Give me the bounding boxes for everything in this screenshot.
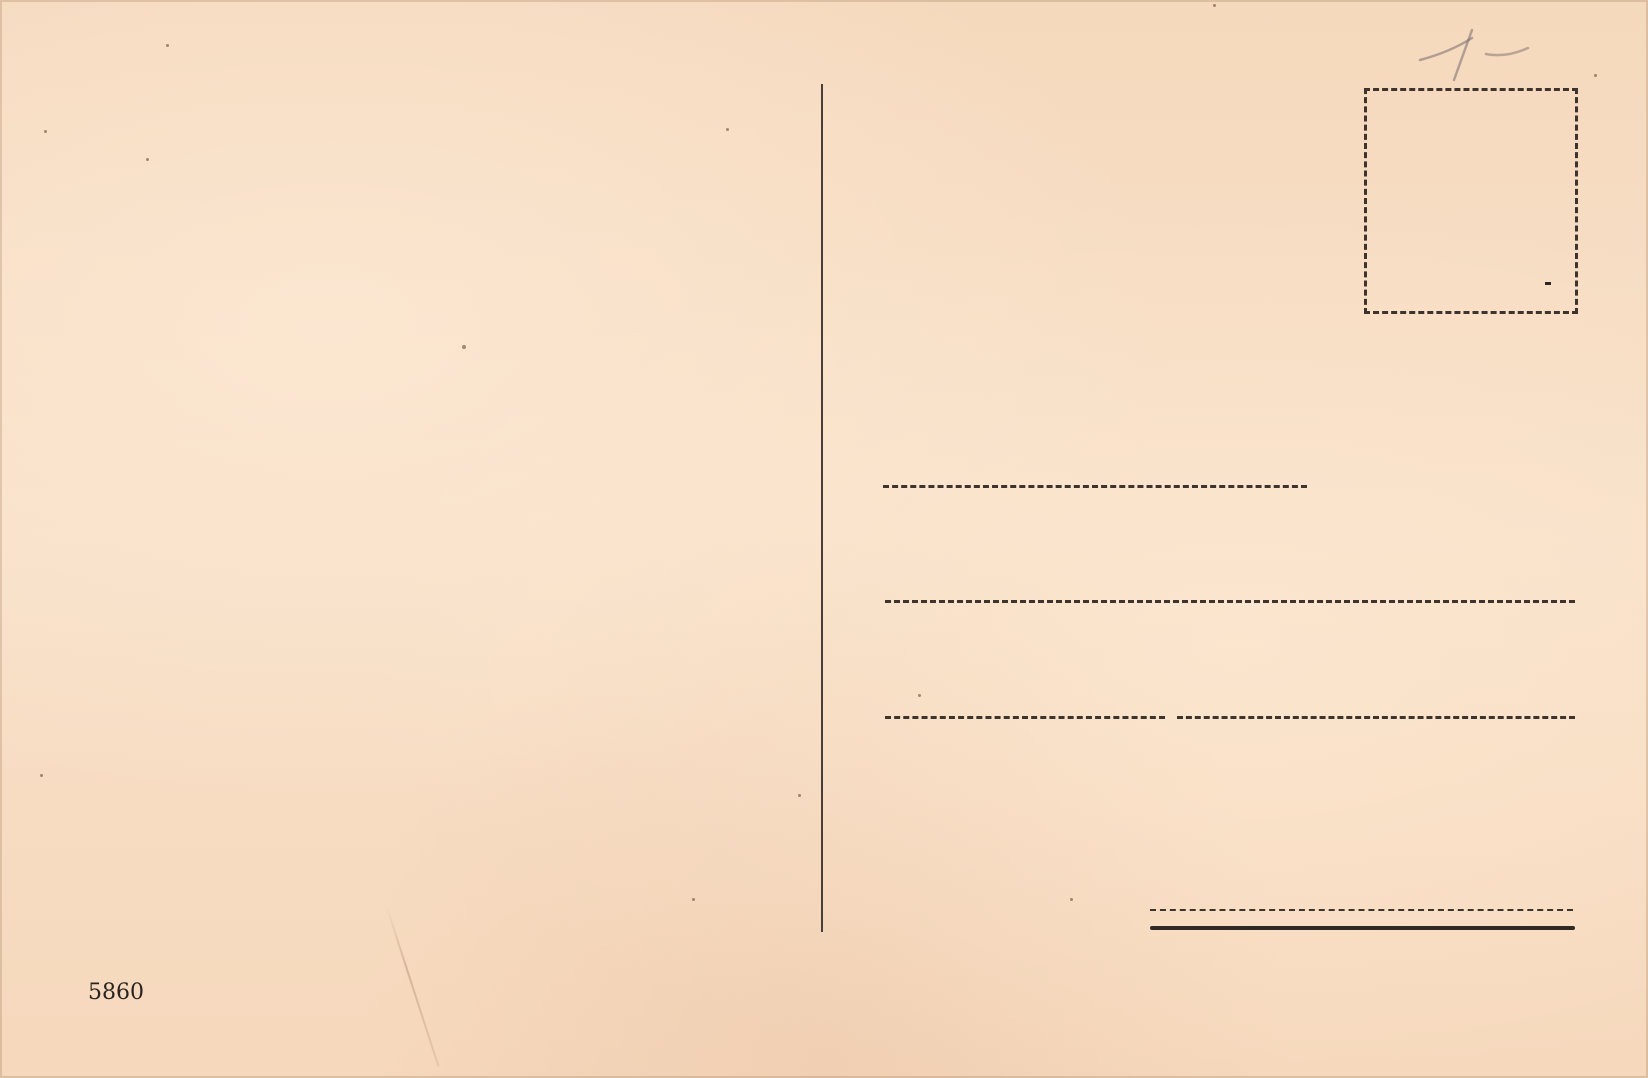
- paper-speck: [44, 130, 47, 133]
- address-line-1: [883, 485, 1307, 488]
- address-line-4: [1150, 909, 1573, 911]
- stamp-box-mark: [1545, 282, 1551, 285]
- paper-speck: [462, 345, 466, 349]
- address-line-3b: [1177, 716, 1575, 719]
- paper-crease: [385, 904, 439, 1066]
- pencil-annotation-mark: [1410, 24, 1540, 84]
- paper-speck: [918, 694, 921, 697]
- paper-speck: [1213, 4, 1216, 7]
- paper-speck: [1594, 74, 1597, 77]
- stamp-box: [1364, 88, 1578, 314]
- address-line-3a: [885, 716, 1165, 719]
- paper-speck: [692, 898, 695, 901]
- paper-speck: [1070, 898, 1073, 901]
- message-address-divider: [821, 84, 823, 932]
- postcard-back: 1– 5860: [0, 0, 1648, 1078]
- address-line-4-underline: [1150, 926, 1575, 930]
- paper-speck: [798, 794, 801, 797]
- paper-speck: [166, 44, 169, 47]
- address-line-2: [885, 600, 1575, 603]
- serial-number: 5860: [88, 980, 144, 1005]
- paper-speck: [726, 128, 729, 131]
- paper-speck: [40, 774, 43, 777]
- paper-speck: [146, 158, 149, 161]
